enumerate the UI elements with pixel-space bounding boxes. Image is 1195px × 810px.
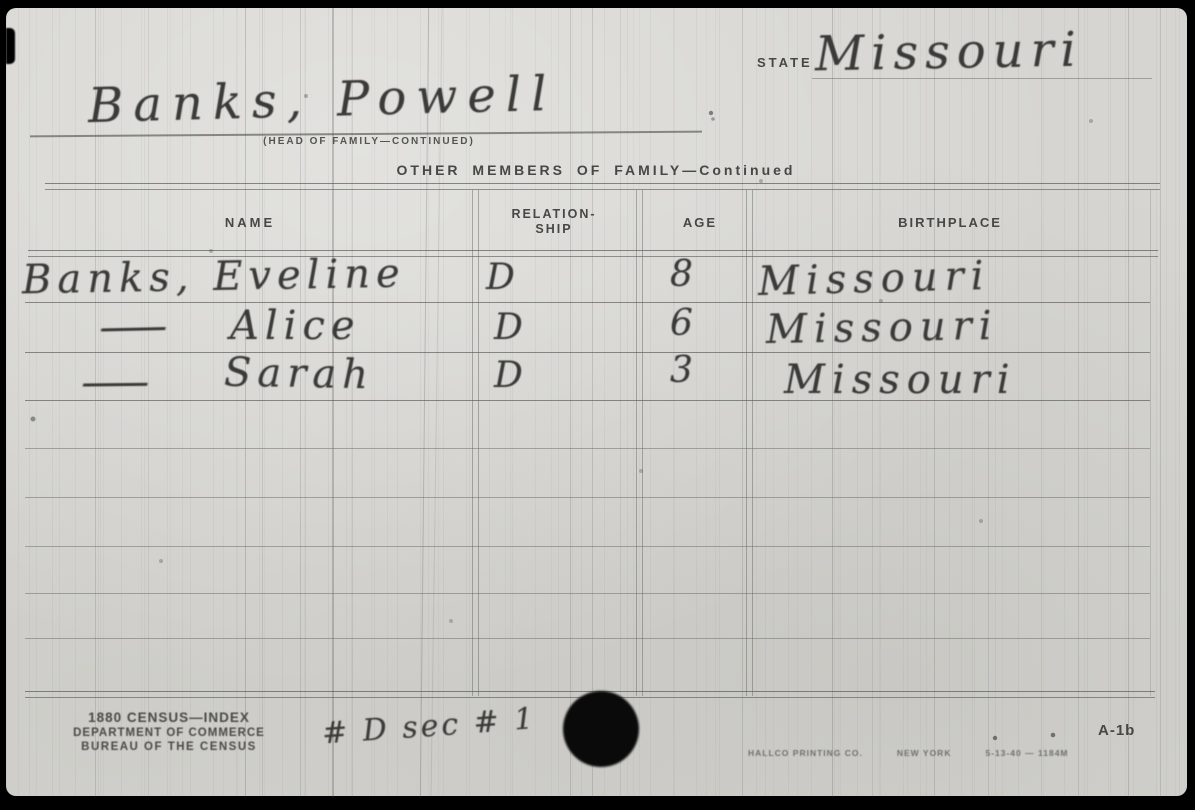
printer-imprint: HALLCO PRINTING CO. NEW YORK 5-13-40 — 1… — [748, 748, 1168, 758]
row-name: Alice — [230, 306, 361, 346]
scan-streak — [1078, 8, 1079, 798]
row-name: Banks, Eveline — [22, 254, 406, 301]
row-name: Sarah — [224, 353, 375, 396]
state-label: STATE — [757, 55, 813, 70]
scan-streak — [1128, 8, 1129, 798]
column-divider — [478, 190, 479, 696]
column-divider — [472, 190, 473, 696]
relationship-line2: SHIP — [535, 222, 572, 236]
column-header-birthplace: BIRTHPLACE — [848, 215, 1052, 230]
scan-streak — [988, 8, 989, 798]
scan-streak — [1160, 8, 1161, 798]
paper-specks — [0, 0, 2, 2]
row-rule — [25, 497, 1150, 498]
scan-streak — [592, 8, 593, 798]
scan-streak — [934, 8, 935, 798]
row-rule — [25, 638, 1150, 639]
scan-streak — [872, 8, 873, 798]
scan-streak — [620, 8, 621, 798]
printer-name: HALLCO PRINTING CO. — [748, 748, 863, 758]
head-of-family-caption: (HEAD OF FAMILY—CONTINUED) — [228, 136, 510, 147]
section-title: OTHER MEMBERS OF FAMILY—Continued — [375, 162, 817, 178]
row-birthplace: Missouri — [766, 306, 999, 350]
scanned-census-card: STATE Missouri Banks, Powell (HEAD OF FA… — [0, 0, 1195, 810]
row-age: 3 — [670, 353, 693, 389]
relationship-line1: RELATION- — [511, 207, 596, 221]
bureau-line: BUREAU OF THE CENSUS — [38, 741, 300, 753]
punch-hole — [563, 691, 639, 767]
form-code: A-1b — [1098, 722, 1135, 739]
row-birthplace: Missouri — [784, 360, 1017, 400]
row-relationship: D — [486, 260, 515, 296]
agency-block: 1880 CENSUS—INDEX DEPARTMENT OF COMMERCE… — [38, 710, 300, 753]
state-value-handwriting: Missouri — [815, 26, 1084, 79]
row-rule — [25, 546, 1150, 547]
ditto-dash: — — [79, 360, 151, 405]
scan-streak — [742, 8, 743, 798]
census-index-title: 1880 CENSUS—INDEX — [38, 710, 300, 725]
edge-blemish — [6, 28, 15, 64]
row-relationship: D — [494, 358, 523, 394]
scan-streak — [570, 8, 571, 798]
head-of-family-name-handwriting: Banks, Powell — [87, 70, 557, 130]
printer-code: 5-13-40 — 1184M — [985, 748, 1068, 758]
row-birthplace: Missouri — [758, 256, 992, 302]
grid-right-edge — [1150, 190, 1151, 696]
department-line: DEPARTMENT OF COMMERCE — [38, 727, 300, 739]
column-divider — [746, 190, 747, 696]
column-header-relationship: RELATION- SHIP — [468, 207, 640, 237]
row-age: 6 — [670, 306, 693, 342]
row-rule — [25, 593, 1150, 594]
scan-streak — [832, 8, 833, 798]
column-header-name: NAME — [148, 215, 352, 230]
column-header-age: AGE — [648, 215, 752, 230]
printer-city: NEW YORK — [897, 748, 952, 758]
column-divider — [642, 190, 643, 696]
row-age: 8 — [670, 257, 693, 293]
column-divider — [636, 190, 637, 696]
row-relationship: D — [494, 310, 523, 346]
column-divider — [752, 190, 753, 696]
row-rule — [25, 352, 1150, 353]
ditto-dash: — — [97, 304, 170, 350]
row-rule — [25, 448, 1150, 449]
section-divider — [45, 183, 1160, 190]
